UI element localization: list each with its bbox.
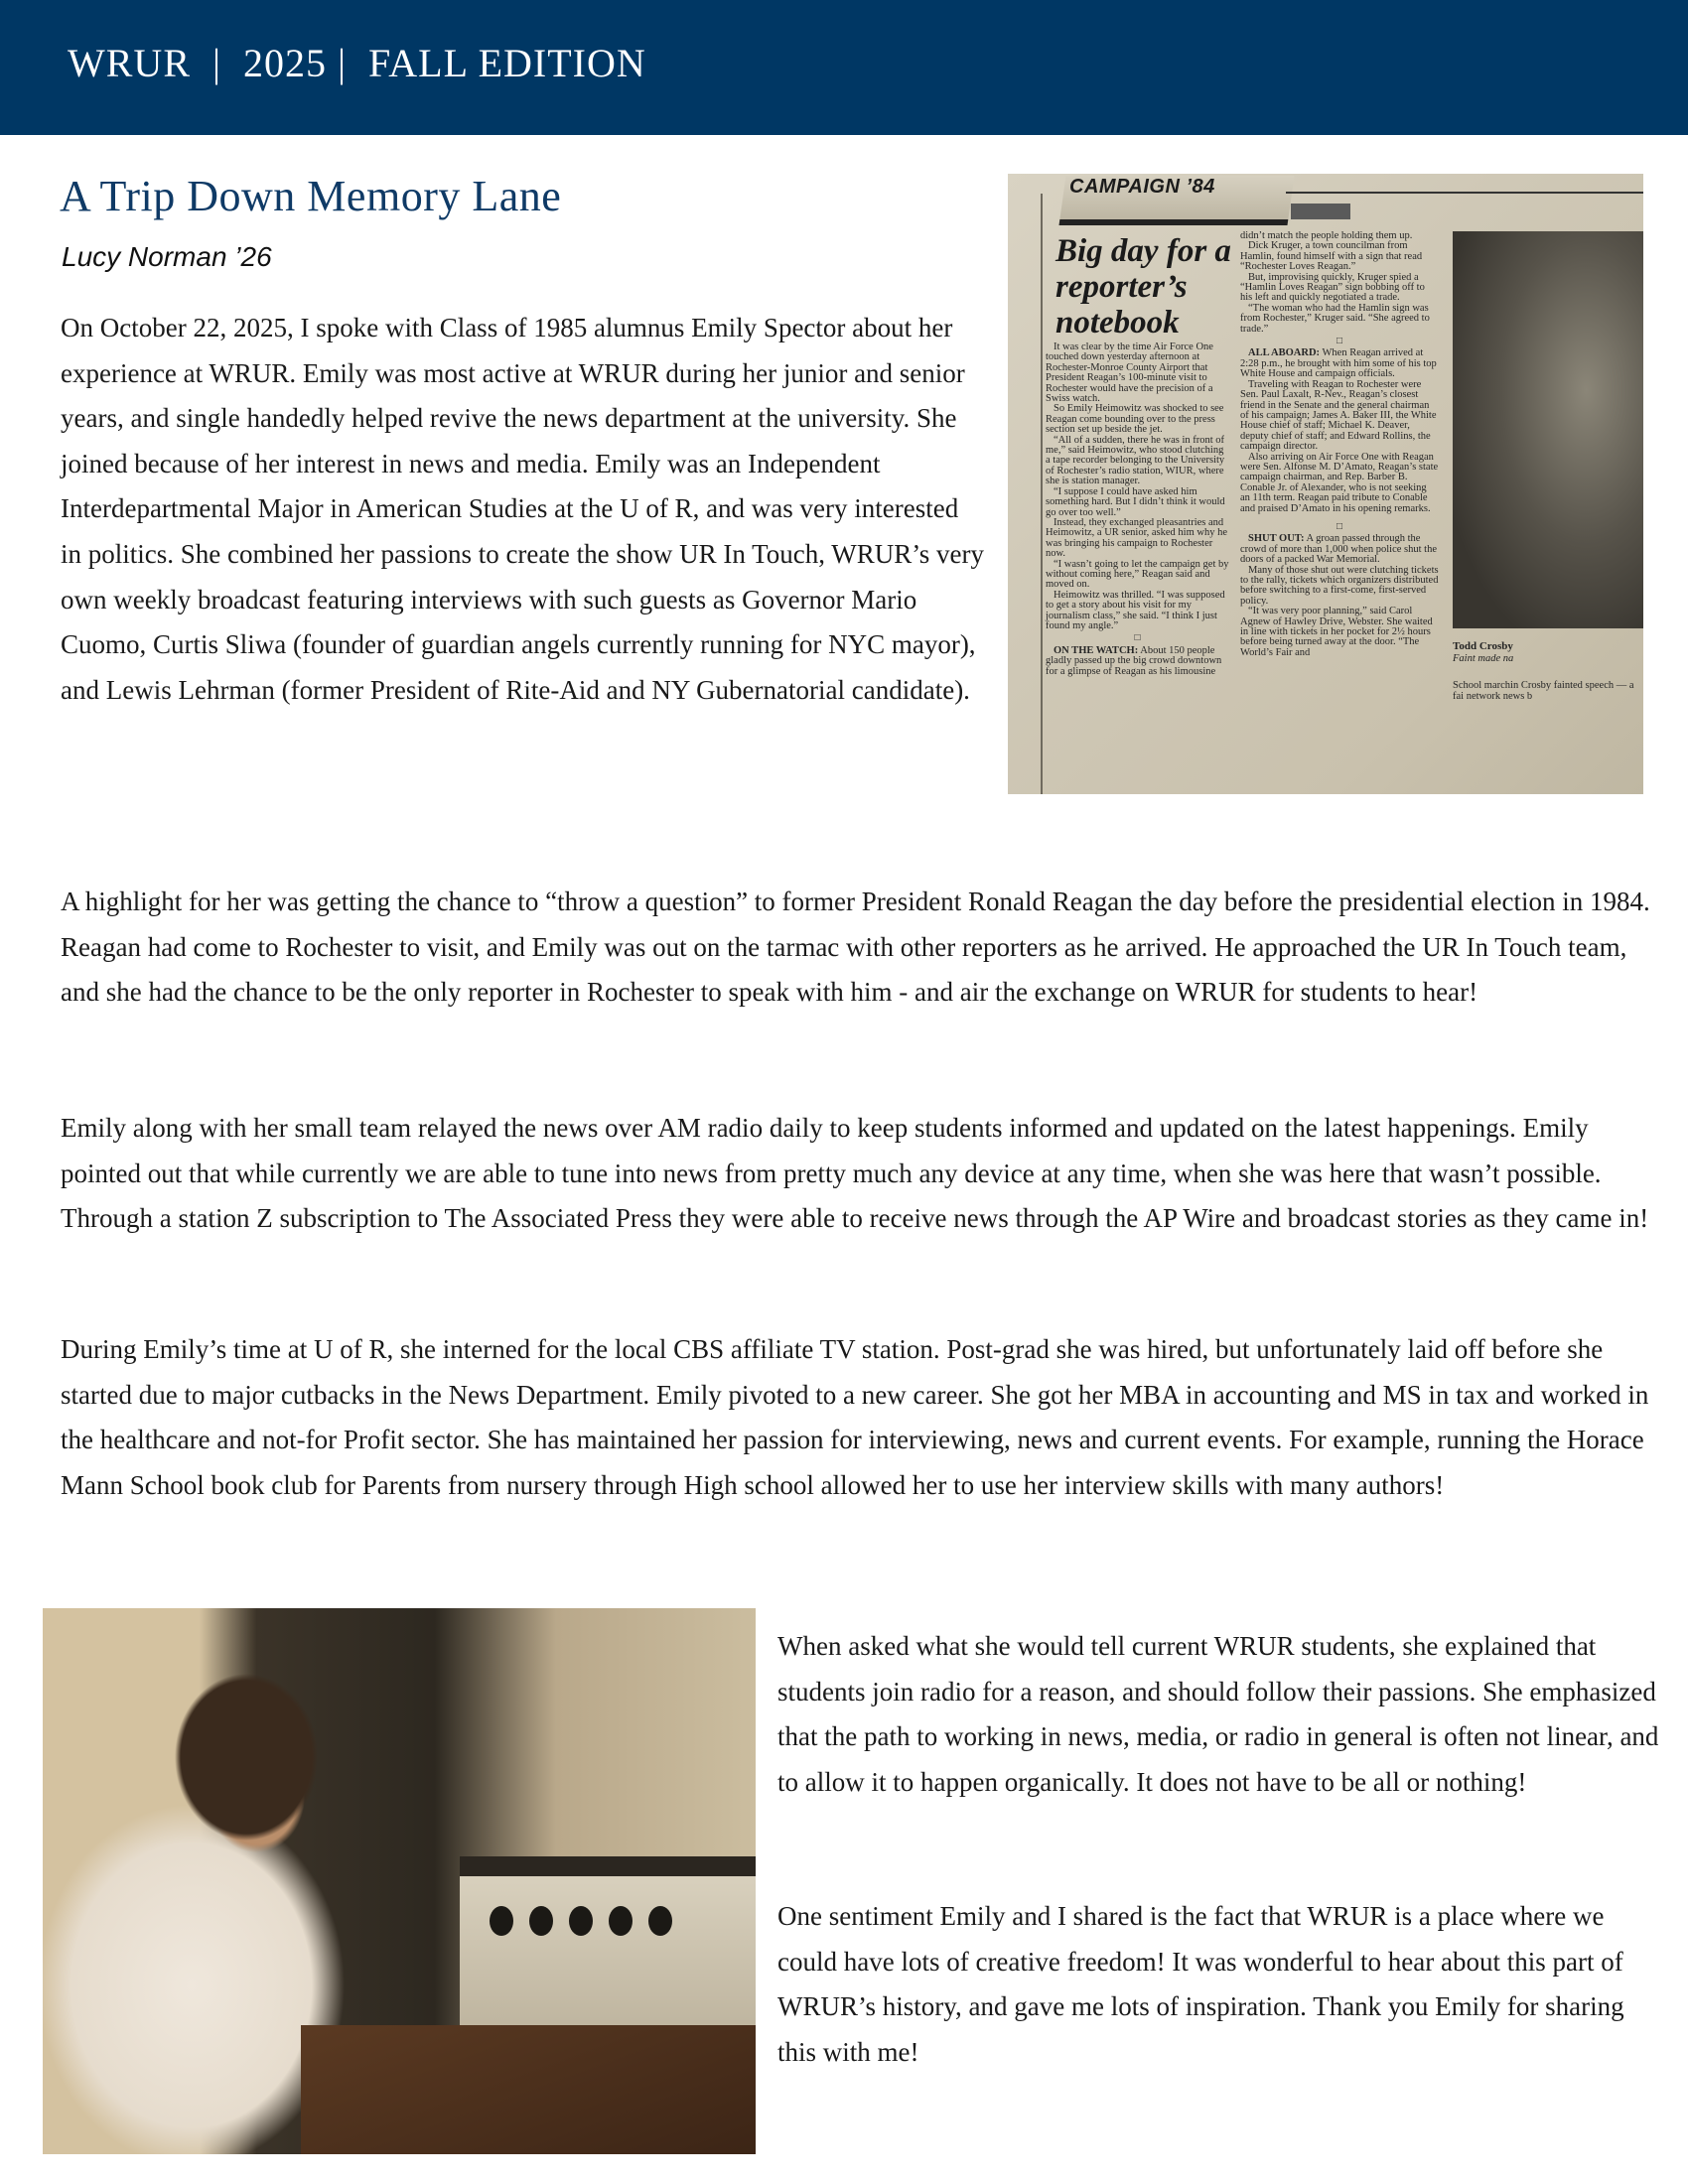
clipping-paragraph: Traveling with Reagan to Rochester were … — [1240, 380, 1439, 453]
clipping-separator-icon: □ — [1240, 522, 1439, 532]
clipping-paragraph: ON THE WATCH: About 150 people gladly pa… — [1046, 646, 1229, 677]
paragraph-career: During Emily’s time at U of R, she inter… — [61, 1327, 1669, 1508]
paragraph-reagan-highlight: A highlight for her was getting the chan… — [61, 880, 1669, 1016]
clipping-paragraph: “I wasn’t going to let the campaign get … — [1046, 560, 1229, 591]
article-byline: Lucy Norman ’26 — [62, 241, 272, 273]
photo-knob — [609, 1906, 633, 1936]
clipping-paragraph: “I suppose I could have asked him someth… — [1046, 487, 1229, 518]
clipping-column-1: It was clear by the time Air Force One t… — [1046, 342, 1229, 677]
paragraph-news-team: Emily along with her small team relayed … — [61, 1106, 1669, 1242]
clipping-column-2: didn’t match the people holding them up.… — [1240, 231, 1439, 658]
clipping-lead: SHUT OUT: — [1248, 533, 1305, 544]
masthead: WRUR | 2025 | FALL EDITION — [0, 0, 1688, 135]
clipping-paragraph: Also arriving on Air Force One with Reag… — [1240, 453, 1439, 514]
photo-knob — [648, 1906, 672, 1936]
clipping-lead: ON THE WATCH: — [1054, 645, 1138, 656]
clipping-headline: Big day for a reporter’s notebook — [1055, 233, 1244, 341]
clipping-paragraph: “The woman who had the Hamlin sign was f… — [1240, 304, 1439, 335]
clipping-paragraph: But, improvising quickly, Kruger spied a… — [1240, 273, 1439, 304]
photo-desk — [301, 2025, 756, 2154]
clipping-separator-icon: □ — [1240, 337, 1439, 346]
masthead-title: WRUR | 2025 | FALL EDITION — [68, 40, 646, 86]
article-title: A Trip Down Memory Lane — [60, 171, 561, 221]
clipping-rule — [1041, 194, 1043, 794]
clipping-photo — [1453, 231, 1643, 628]
clipping-paragraph: It was clear by the time Air Force One t… — [1046, 342, 1229, 404]
photo-console — [460, 1856, 756, 2045]
photo-knob — [529, 1906, 553, 1936]
clipping-caption-name: Todd Crosby — [1453, 640, 1513, 652]
clipping-paragraph: Heimowitz was thrilled. “I was supposed … — [1046, 591, 1229, 632]
clipping-paragraph: Dick Kruger, a town councilman from Haml… — [1240, 241, 1439, 272]
paragraph-closing: One sentiment Emily and I shared is the … — [777, 1894, 1661, 2075]
photo-knob — [569, 1906, 593, 1936]
paragraph-advice: When asked what she would tell current W… — [777, 1624, 1661, 1805]
clipping-separator-icon: □ — [1046, 633, 1229, 643]
clipping-paragraph: “All of a sudden, there he was in front … — [1046, 436, 1229, 487]
clipping-paragraph: SHUT OUT: A groan passed through the cro… — [1240, 534, 1439, 565]
photo-knob — [490, 1906, 513, 1936]
clipping-lead: ALL ABOARD: — [1248, 347, 1320, 358]
clipping-caption-subtitle: Faint made na — [1453, 653, 1513, 664]
paragraph-intro: On October 22, 2025, I spoke with Class … — [61, 306, 984, 713]
emily-radio-studio-photo — [43, 1608, 756, 2154]
clipping-band — [1291, 204, 1350, 219]
clipping-paragraph: So Emily Heimowitz was shocked to see Re… — [1046, 404, 1229, 435]
newspaper-clipping-image: CAMPAIGN ’84 Big day for a reporter’s no… — [1008, 174, 1643, 794]
clipping-paragraph: Instead, they exchanged pleasantries and… — [1046, 518, 1229, 560]
clipping-top-rule — [1286, 192, 1643, 194]
clipping-caption-body: School marchin Crosby fainted speech — a… — [1453, 680, 1643, 702]
clipping-paragraph: “It was very poor planning,” said Carol … — [1240, 607, 1439, 658]
clipping-paragraph: Many of those shut out were clutching ti… — [1240, 566, 1439, 608]
clipping-paragraph: ALL ABOARD: When Reagan arrived at 2:28 … — [1240, 348, 1439, 379]
clipping-banner: CAMPAIGN ’84 — [1069, 176, 1215, 199]
